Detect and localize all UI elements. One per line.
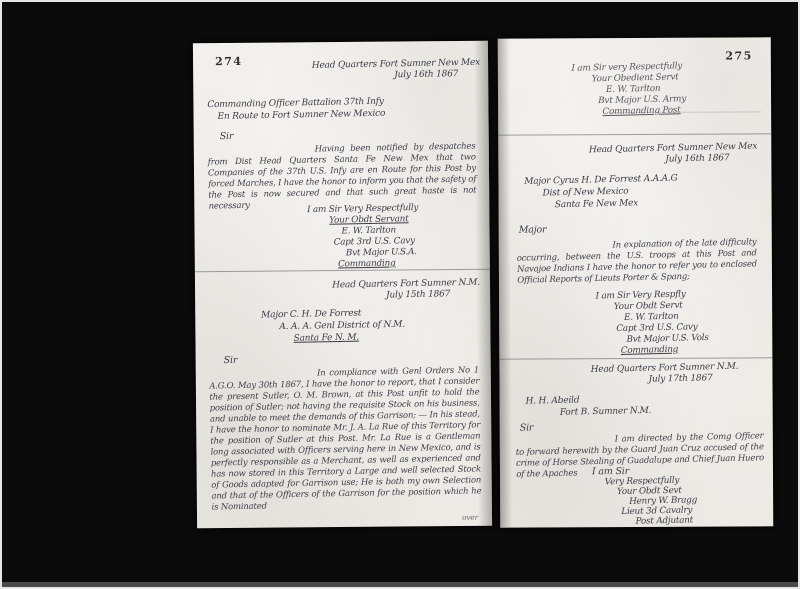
entry-divider <box>498 133 771 135</box>
signature-role: Commanding <box>621 343 747 357</box>
letter1-signature: I am Sir Very Respectfully Your Obdt Ser… <box>307 202 468 271</box>
rletter2-closing: I am Sir <box>592 466 629 477</box>
ledger-page-left: 274 Head Quarters Fort Sumner New Mex Ju… <box>193 41 492 529</box>
letter2-address: Major C. H. De Forrest A. A. A. Genl Dis… <box>261 307 405 346</box>
rletter2-salutation: Sir <box>520 423 534 434</box>
rletter2-heading: Head Quarters Fort Sumner N.M. July 17th… <box>528 362 738 389</box>
rletter1-address-line3: Santa Fe New Mex <box>555 196 679 211</box>
rletter1-address: Major Cyrus H. De Forrest A.A.A.G Dist o… <box>524 172 678 211</box>
entry-divider <box>499 357 772 359</box>
entry-divider <box>195 269 490 273</box>
rletter1-signature: I am Sir Very Respfly Your Obdt Servt E.… <box>595 288 746 357</box>
microfilm-scan: 274 Head Quarters Fort Sumner New Mex Ju… <box>0 0 800 589</box>
rletter1-heading: Head Quarters Fort Sumner New Mex July 1… <box>547 142 757 169</box>
letter1-address-line2: En Route to Fort Sumner New Mexico <box>217 108 385 123</box>
rletter2-body: I am directed by the Comg Officer to for… <box>515 431 764 481</box>
rletter1-body: In explanation of the late difficulty oc… <box>516 237 757 286</box>
rletter2-address: H. H. Abeild Fort B. Sumner N.M. <box>525 393 651 420</box>
rletter2-signature: Very Respectfully Your Obdt Sevt Henry W… <box>605 474 746 527</box>
letter1-date-line: July 16th 1867 <box>270 69 458 84</box>
page-number-274: 274 <box>215 55 243 68</box>
ledger-page-right: 275 I am Sir very Respectfully Your Obed… <box>498 37 774 527</box>
letter2-address-line3: Santa Fe N. M. <box>293 331 405 345</box>
letter1-address: Commanding Officer Battalion 37th Infy E… <box>207 96 385 123</box>
rletter2-address-line2: Fort B. Sumner N.M. <box>560 405 652 419</box>
rletter1-salutation: Major <box>519 224 547 235</box>
letter2-salutation: Sir <box>224 355 238 366</box>
continuation-signature: I am Sir very Respectfully Your Obedient… <box>571 60 737 119</box>
letter1-heading: Head Quarters Fort Sumner New Mex July 1… <box>270 58 480 84</box>
letter1-salutation: Sir <box>220 131 234 142</box>
letter2-heading: Head Quarters Fort Sumner N.M. July 15th… <box>270 278 480 304</box>
catchword: over <box>462 513 478 522</box>
letter2-date-line: July 15th 1867 <box>270 289 450 303</box>
film-edge-strip <box>2 582 798 587</box>
letter2-body: In compliance with Genl Orders No 1 A.G.… <box>209 365 482 513</box>
signature-role: Post Adjutant <box>635 514 745 526</box>
